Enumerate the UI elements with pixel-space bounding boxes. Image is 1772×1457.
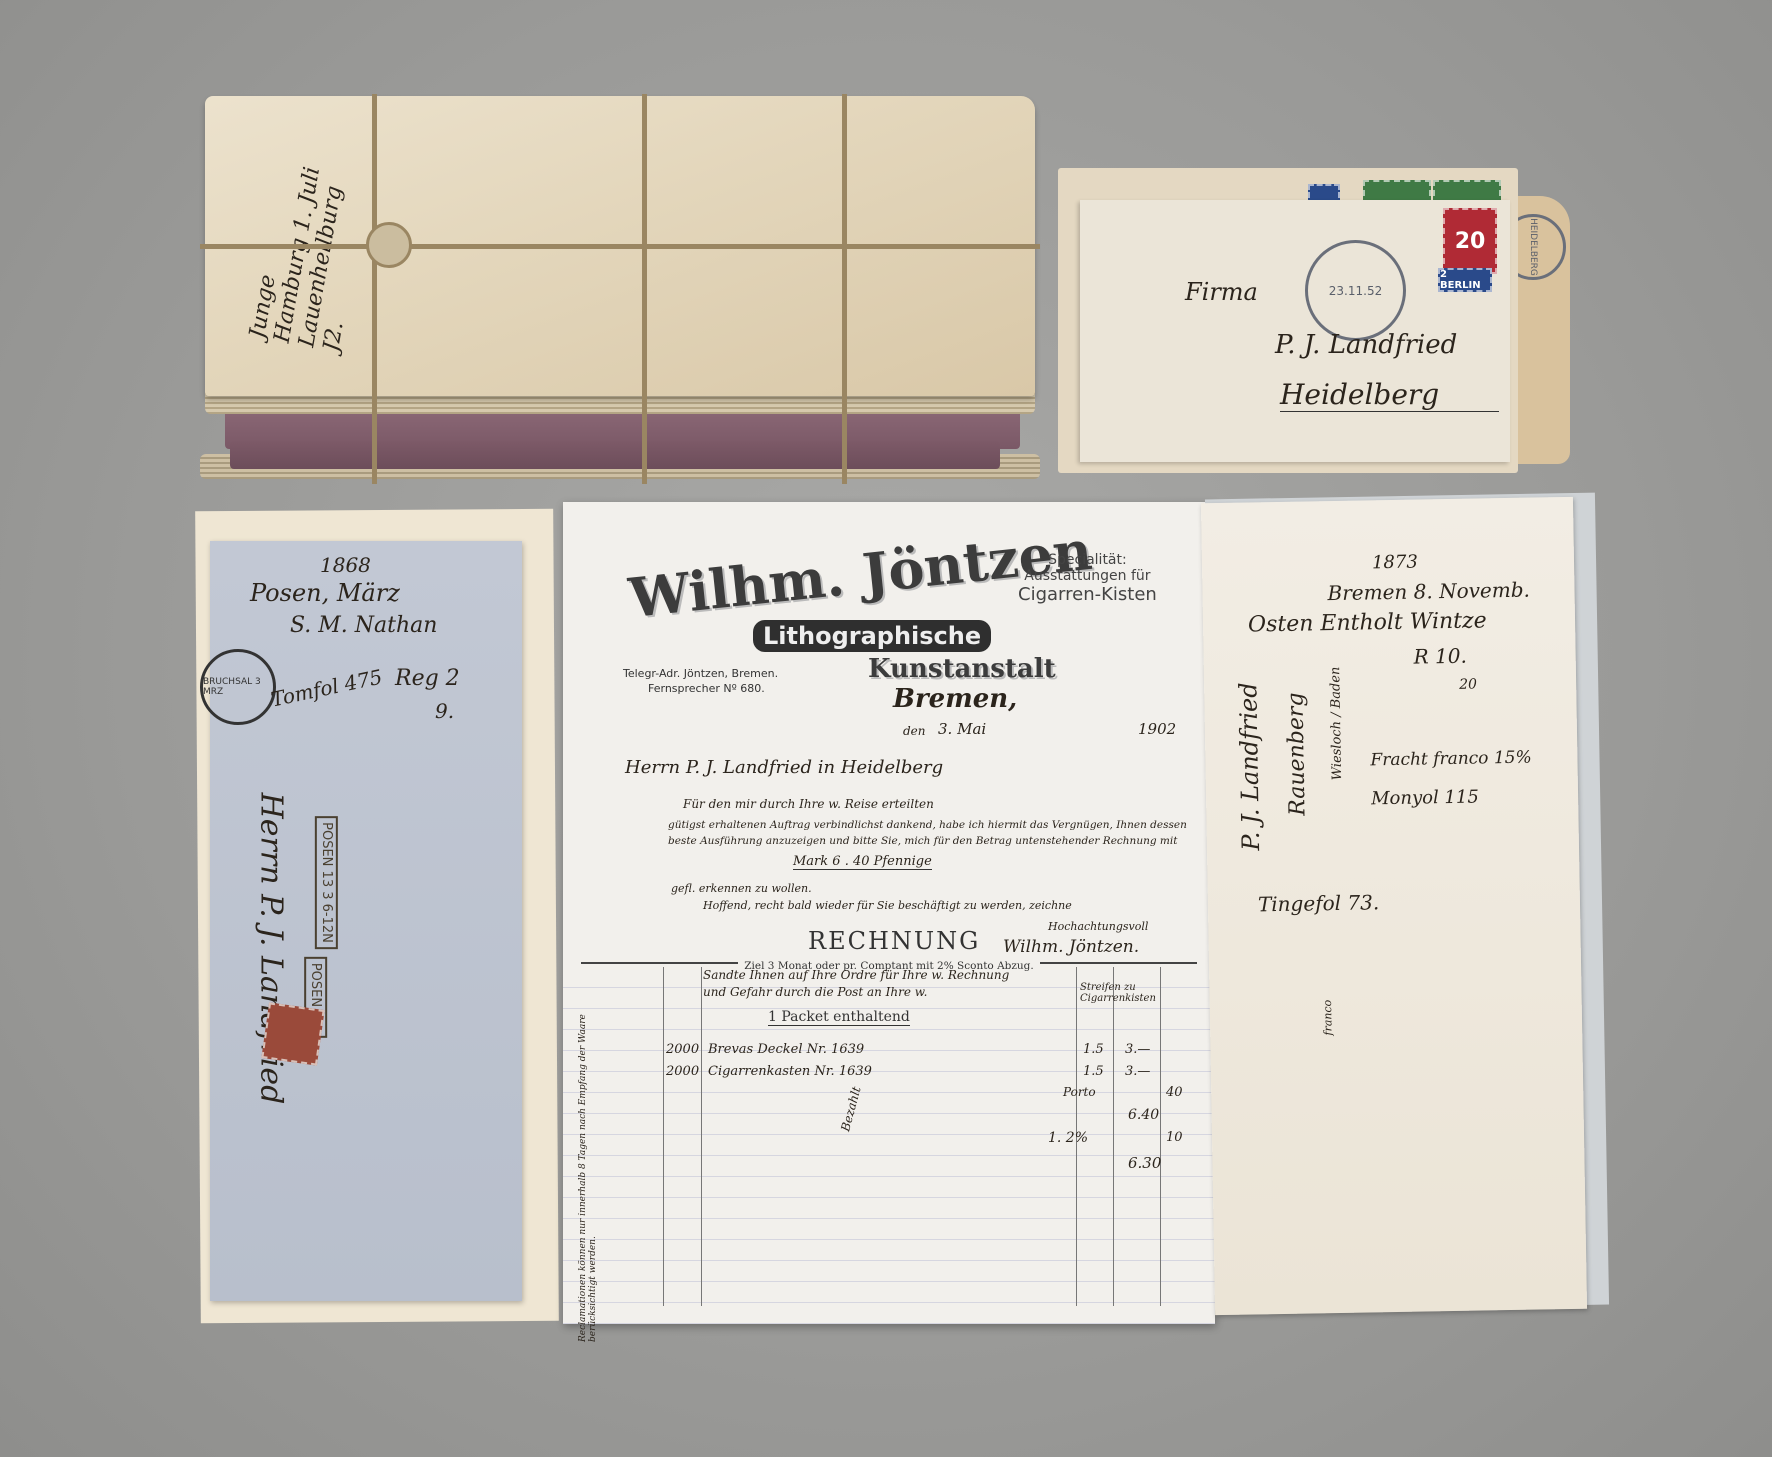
specialty-line: Specialität: [1018, 552, 1157, 568]
item-desc: Brevas Deckel Nr. 1639 [708, 1042, 864, 1057]
discount-label: 1. 2% [1048, 1130, 1088, 1146]
letter-line: Tomfol 475 [269, 664, 385, 711]
invoice-city: Bremen, [893, 684, 1017, 714]
franco-note: franco [1321, 1000, 1335, 1036]
invoice-total: 6.30 [1128, 1154, 1161, 1172]
porto-label: Porto [1063, 1085, 1096, 1099]
letter-line: Tingefol 73. [1258, 890, 1380, 916]
item-desc: Cigarrenkasten Nr. 1639 [708, 1064, 872, 1079]
addressee-city: Heidelberg [1280, 378, 1499, 412]
letter-vertical-city: Rauenberg [1283, 692, 1310, 816]
margin-note: Reclamationen können nur innerhalb 8 Tag… [578, 962, 598, 1342]
subtotal: 6.40 [1128, 1107, 1159, 1123]
specialty-line: Ausstattungen für [1018, 568, 1157, 584]
letter-line: Bremen 8. Novemb. [1327, 578, 1530, 606]
invoice-body-line: Hoffend, recht bald wieder für Sie besch… [703, 899, 1072, 912]
addressee-name: P. J. Landfried [1275, 330, 1457, 360]
letter-line: Monyol 115 [1371, 787, 1479, 810]
invoice-body-line: beste Ausführung anzuzeigen und bitte Si… [668, 835, 1177, 847]
twine-vertical [372, 94, 377, 484]
letter-vertical-name: P. J. Landfried [1234, 682, 1265, 851]
phone-number: Fernsprecher Nº 680. [648, 682, 765, 695]
letter-line: Fracht franco 15% [1370, 748, 1532, 771]
invoice-body-line: Für den mir durch Ihre w. Reise erteilte… [683, 797, 934, 811]
letter-vertical-sub: Wiesloch / Baden [1328, 667, 1345, 781]
letter-line: S. M. Nathan [290, 613, 437, 638]
date-prefix: den [903, 724, 926, 738]
item-amount: 3.— [1125, 1042, 1150, 1057]
purple-wrapper-lower [230, 441, 1000, 469]
item-qty: 2000 [666, 1042, 699, 1057]
envelope-front: 20 2 BERLIN 23.11.52 Firma P. J. Landfri… [1080, 200, 1510, 462]
item-qty: 2000 [666, 1064, 699, 1079]
invoice-body-line: gütigst erhaltenen Auftrag verbindlichst… [668, 819, 1187, 831]
telegram-address: Telegr-Adr. Jöntzen, Bremen. [623, 667, 778, 680]
letter-line: 20 [1459, 677, 1477, 693]
shipping-line: Sandte Ihnen auf Ihre Ordre für Ihre w. … [703, 968, 1009, 982]
column-rule [1160, 967, 1161, 1306]
letterhead: Wilhm. Jöntzen Lithographische Kunstanst… [623, 542, 1043, 712]
box-postmark: POSEN 13 3 6-12N [315, 816, 338, 949]
item-rate: 1.5 [1083, 1042, 1104, 1057]
letter-line: Osten Entholt Wintze [1248, 608, 1487, 637]
company-line: Kunstanstalt [868, 654, 1056, 684]
company-line: Lithographische [753, 620, 991, 652]
item-rate: 1.5 [1083, 1064, 1104, 1079]
column-rule [663, 967, 664, 1306]
cream-letter-1873: 1873 Bremen 8. Novemb. Osten Entholt Win… [1201, 497, 1587, 1315]
twine-knot [366, 222, 412, 268]
item-amount: 3.— [1125, 1064, 1150, 1079]
discount-value: 10 [1166, 1130, 1183, 1145]
invoice-rechnung-1902: Wilhm. Jöntzen Lithographische Kunstanst… [563, 502, 1215, 1324]
postmark-cancel: 23.11.52 [1305, 240, 1406, 341]
letter-year: 1868 [320, 553, 371, 577]
stamp-posthorn-20: 20 [1443, 208, 1497, 274]
invoice-amount-line: Mark 6 . 40 Pfennige [793, 854, 932, 870]
circular-postmark: BRUCHSAL 3 MRZ [200, 649, 276, 725]
porto-value: 40 [1166, 1085, 1183, 1100]
letter-bundle: Junge Hamburg 1. Juli Lauenhellburg J2. [200, 84, 1040, 484]
invoice-salutation: Herrn P. J. Landfried in Heidelberg [625, 757, 943, 778]
postage-stamp-red [261, 1002, 324, 1065]
invoice-title: RECHNUNG [808, 927, 980, 955]
date-value: 3. Mai [938, 720, 986, 738]
blue-letter-1868: 1868 Posen, März S. M. Nathan BRUCHSAL 3… [210, 541, 522, 1301]
letter-line: Posen, März [250, 579, 400, 607]
column-rule [701, 967, 702, 1306]
date-year: 1902 [1138, 720, 1176, 738]
twine-vertical [842, 94, 847, 484]
letter-line: R 10. [1413, 644, 1467, 669]
column-rule [1113, 967, 1114, 1306]
specialty-line: Cigarren-Kisten [1018, 584, 1157, 605]
twine-vertical [642, 94, 647, 484]
letter-year: 1873 [1372, 552, 1418, 574]
packet-label: 1 Packet enthaltend [768, 1009, 910, 1026]
letter-line: Reg 2 [395, 666, 460, 691]
addressee-prefix: Firma [1185, 278, 1258, 306]
shipping-line: und Gefahr durch die Post an Ihre w. [703, 985, 927, 999]
invoice-closing: Hochachtungsvoll [1048, 920, 1148, 933]
letter-line: 9. [435, 699, 454, 723]
specialty-block: Specialität: Ausstattungen für Cigarren-… [1018, 552, 1157, 605]
stamp-berlin-notopfer: 2 BERLIN [1438, 268, 1492, 292]
postmark-date: 23.11.52 [1329, 284, 1382, 298]
column-note: Streifen zu Cigarrenkisten [1080, 982, 1170, 1004]
twine-horizontal [200, 244, 1040, 249]
bundle-note: Junge Hamburg 1. Juli Lauenhellburg J2. [245, 161, 374, 354]
invoice-body-line: gefl. erkennen zu wollen. [671, 882, 812, 895]
